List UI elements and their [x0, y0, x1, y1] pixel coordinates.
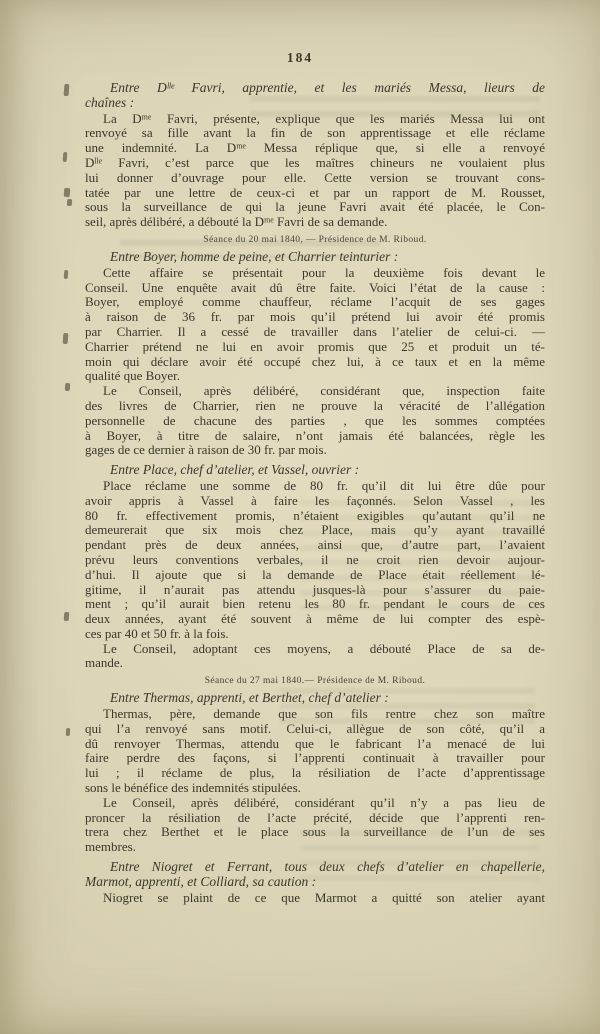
paragraph: Le Conseil, adoptant ces moyens, a débou… — [85, 642, 545, 672]
paragraph: Thermas, père, demande que son fils rent… — [85, 707, 545, 796]
text-line: faire perdre des façons, si l’apprenti c… — [85, 751, 545, 766]
text-line: d’hui. Il ajoute que si la demande de Pl… — [85, 568, 545, 583]
paragraph: Cette affaire se présentait pour la deux… — [85, 266, 545, 384]
paragraph: Niogret se plaint de ce que Marmot a qui… — [85, 891, 545, 906]
text-line: par Charrier. Il a cessé de travailler d… — [85, 325, 545, 340]
text-line: proncer la résiliation de l’acte précité… — [85, 811, 545, 826]
text-line: Entre Thermas, apprenti, et Berthet, che… — [85, 691, 545, 706]
text-line: sous la surveillance de qui la jeune Fav… — [85, 200, 545, 215]
ink-speck — [64, 84, 70, 96]
text-line: gitime, il n’aurait pas attendu jusques-… — [85, 583, 545, 598]
ink-speck — [67, 199, 72, 206]
text-line: Dˡˡᵉ Favri, c’est parce que les maîtres … — [85, 156, 545, 171]
ink-speck — [64, 188, 71, 197]
text-line: trera chez Berthet et le place sous la s… — [85, 825, 545, 840]
text-line: à Boyer, à titre de salaire, n’ont jamai… — [85, 429, 545, 444]
session-caption: Séance du 20 mai 1840, — Présidence de M… — [85, 235, 545, 245]
text-line: moin qui déclare avoir été occupé chez l… — [85, 355, 545, 370]
text-line: avoir appris à Vassel à faire les façonn… — [85, 494, 545, 509]
text-line: qualité que Boyer. — [85, 369, 545, 384]
text-line: demeurerait que six mois chez Place, mai… — [85, 523, 545, 538]
ink-speck — [64, 612, 70, 621]
text-line: à raison de 36 fr. par mois qu’il préten… — [85, 310, 545, 325]
text-line: Le Conseil, après délibéré, considérant … — [85, 796, 545, 811]
text-line: sons le bénéfice des indemnités stipulée… — [85, 781, 545, 796]
case-heading: Entre Dˡˡᵉ Favri, apprentie, et les mari… — [85, 81, 545, 111]
ink-speck — [66, 728, 71, 736]
text-line: Entre Niogret et Ferrant, tous deux chef… — [85, 860, 545, 875]
text-line: personnelle de chacune des parties , que… — [85, 414, 545, 429]
case-heading: Entre Niogret et Ferrant, tous deux chef… — [85, 860, 545, 890]
text-line: 80 fr. effectivement promis, n’étaient e… — [85, 509, 545, 524]
text-line: dû renvoyer Thermas, attendu que le fabr… — [85, 737, 545, 752]
text-line: deux années, ayant été souvent à même de… — [85, 612, 545, 627]
page-text-block: Entre Dˡˡᵉ Favri, apprentie, et les mari… — [85, 76, 545, 905]
text-line: La Dᵐᵉ Favri, présente, explique que les… — [85, 112, 545, 127]
text-line: Charrier prétend ne lui en avoir promis … — [85, 340, 545, 355]
text-line: pendant près de deux années, ainsi que, … — [85, 538, 545, 553]
text-line: Boyer, employé comme chauffeur, réclame … — [85, 295, 545, 310]
case-heading: Entre Place, chef d’atelier, et Vassel, … — [85, 463, 545, 478]
text-line: ces par 40 et 50 fr. à la fois. — [85, 627, 545, 642]
text-line: Niogret se plaint de ce que Marmot a qui… — [85, 891, 545, 906]
text-line: des livres de Charrier, rien ne prouve l… — [85, 399, 545, 414]
text-line: prévu leurs conventions verbales, il ne … — [85, 553, 545, 568]
text-line: Conseil. Une enquête avait dû être faite… — [85, 281, 545, 296]
paragraph: La Dᵐᵉ Favri, présente, explique que les… — [85, 112, 545, 230]
text-line: Place réclame une somme de 80 fr. qu’il … — [85, 479, 545, 494]
text-line: tatée par une lettre de ceux-ci et par u… — [85, 186, 545, 201]
page-number: 184 — [0, 50, 600, 66]
case-heading: Entre Boyer, homme de peine, et Charrier… — [85, 250, 545, 265]
text-line: Marmot, apprenti, et Colliard, sa cautio… — [85, 875, 545, 890]
text-line: Entre Boyer, homme de peine, et Charrier… — [85, 250, 545, 265]
paragraph: Place réclame une somme de 80 fr. qu’il … — [85, 479, 545, 642]
paragraph: Le Conseil, après délibéré, considérant … — [85, 796, 545, 855]
text-line: Le Conseil, adoptant ces moyens, a débou… — [85, 642, 545, 657]
text-line: lui donner d’ouvrage pour elle. Cette ve… — [85, 171, 545, 186]
text-line: membres. — [85, 840, 545, 855]
ink-speck — [63, 333, 69, 344]
text-line: seil, après délibéré, a débouté la Dᵐᵉ F… — [85, 215, 545, 230]
text-line: Cette affaire se présentait pour la deux… — [85, 266, 545, 281]
text-line: Le Conseil, après délibéré, considérant … — [85, 384, 545, 399]
text-line: mande. — [85, 656, 545, 671]
case-heading: Entre Thermas, apprenti, et Berthet, che… — [85, 691, 545, 706]
text-line: renvoyé sa fille avant la fin de son app… — [85, 126, 545, 141]
scanned-book-page: 184 Entre Dˡˡᵉ Favri, apprentie, et les … — [0, 0, 600, 1034]
text-line: chaînes : — [85, 96, 545, 111]
session-caption: Séance du 27 mai 1840.— Présidence de M.… — [85, 676, 545, 686]
text-line: Thermas, père, demande que son fils rent… — [85, 707, 545, 722]
ink-speck — [65, 383, 71, 391]
ink-speck — [64, 270, 69, 279]
text-line: qui l’a renvoyé sans motif. Celui-ci, al… — [85, 722, 545, 737]
text-line: ment ; qu’il aurait bien retenu les 80 f… — [85, 597, 545, 612]
text-line: gages de ce dernier à raison de 30 fr. p… — [85, 443, 545, 458]
text-line: lui ; il réclame de plus, la résiliation… — [85, 766, 545, 781]
text-line: une indemnité. La Dᵐᵉ Messa réplique que… — [85, 141, 545, 156]
ink-speck — [63, 152, 68, 162]
text-line: Entre Place, chef d’atelier, et Vassel, … — [85, 463, 545, 478]
text-line: Entre Dˡˡᵉ Favri, apprentie, et les mari… — [85, 81, 545, 96]
paragraph: Le Conseil, après délibéré, considérant … — [85, 384, 545, 458]
